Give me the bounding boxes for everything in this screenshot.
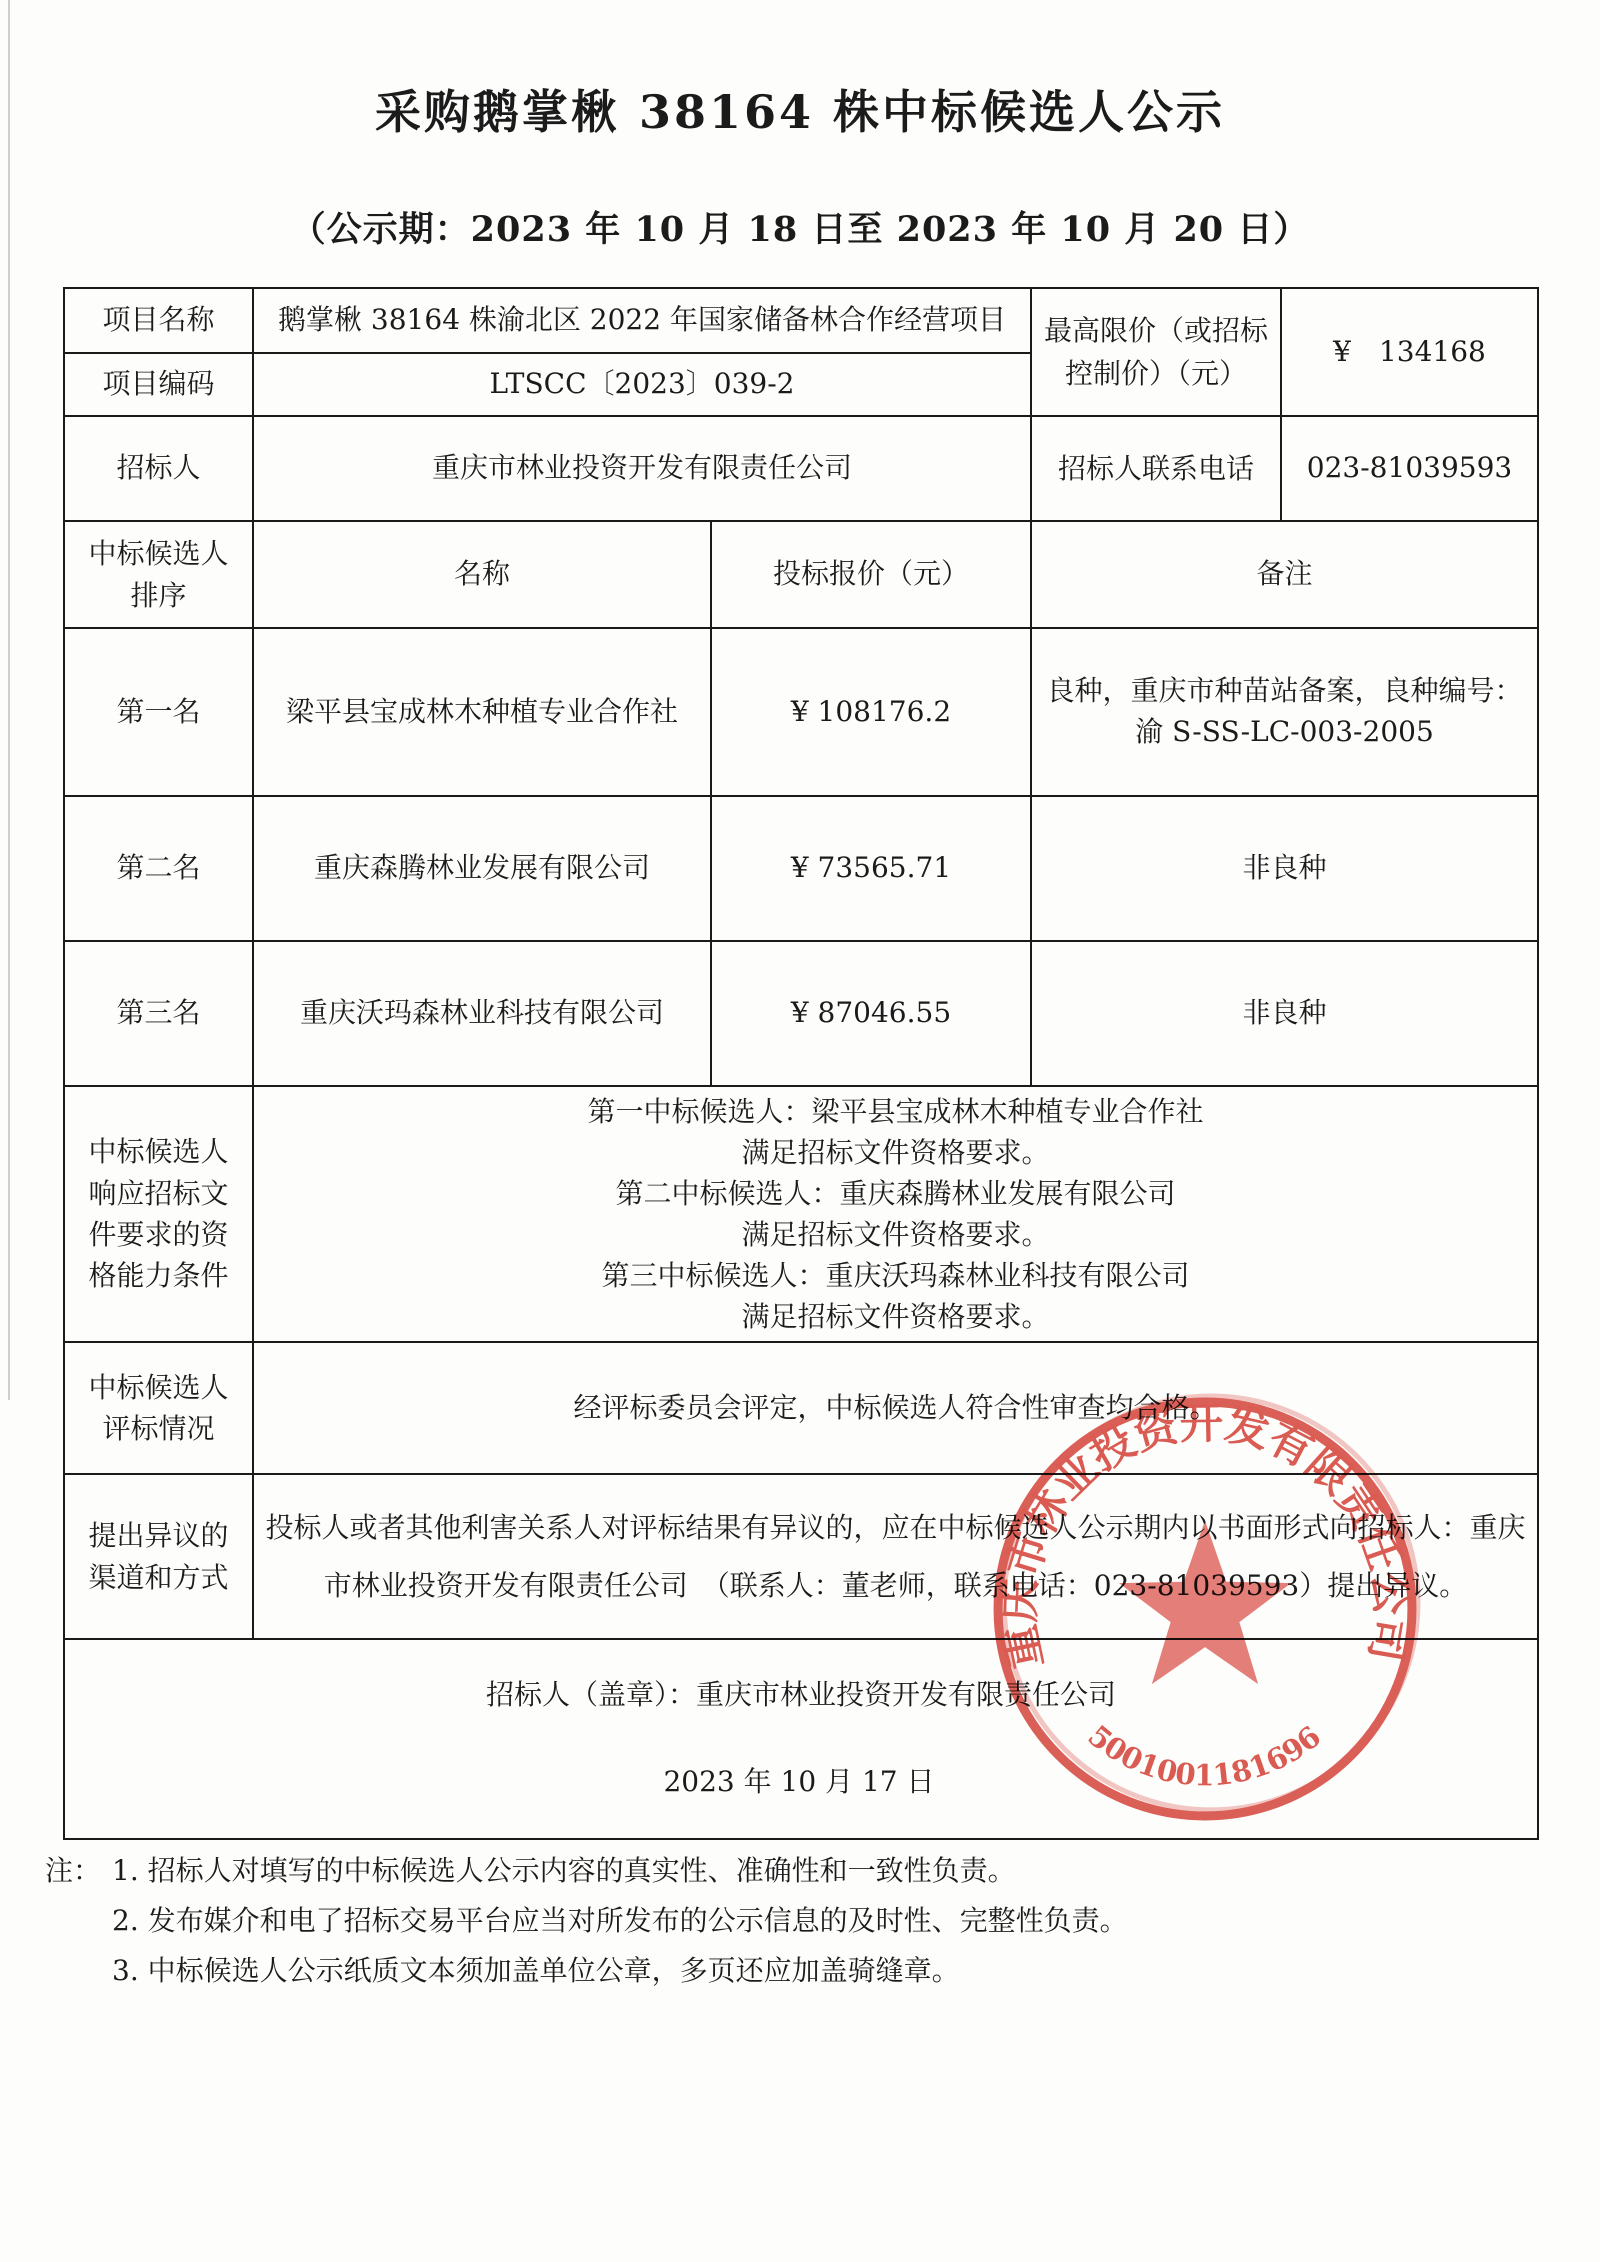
candidate-rank: 第二名 xyxy=(64,796,253,941)
project-code-value: LTSCC〔2023〕039-2 xyxy=(253,353,1031,416)
announcement-page: 采购鹅掌楸 38164 株中标候选人公示 （公示期：2023 年 10 月 18… xyxy=(0,0,1600,2262)
svg-text:5001001181696: 5001001181696 xyxy=(1082,1718,1328,1792)
qualification-content: 第一中标候选人：梁平县宝成林木种植专业合作社 满足招标文件资格要求。 第二中标候… xyxy=(253,1086,1538,1342)
candidate-remark: 非良种 xyxy=(1031,941,1538,1086)
candidate-price: ¥ 87046.55 xyxy=(711,941,1031,1086)
table-row: 招标人 重庆市林业投资开发有限责任公司 招标人联系电话 023-81039593 xyxy=(64,416,1538,521)
max-price-label: 最高限价（或招标控制价）（元） xyxy=(1031,288,1281,416)
page-title: 采购鹅掌楸 38164 株中标候选人公示 xyxy=(0,76,1600,142)
rank-header: 中标候选人排序 xyxy=(64,521,253,628)
candidate-remark: 良种，重庆市种苗站备案，良种编号：渝 S-SS-LC-003-2005 xyxy=(1031,628,1538,796)
tenderer-label: 招标人 xyxy=(64,416,253,521)
project-name-value: 鹅掌楸 38164 株渝北区 2022 年国家储备林合作经营项目 xyxy=(253,288,1031,353)
candidate-rank: 第一名 xyxy=(64,628,253,796)
project-code-label: 项目编码 xyxy=(64,353,253,416)
tenderer-value: 重庆市林业投资开发有限责任公司 xyxy=(253,416,1031,521)
candidate-remark: 非良种 xyxy=(1031,796,1538,941)
project-name-label: 项目名称 xyxy=(64,288,253,353)
candidates-header-row: 中标候选人排序 名称 投标报价（元） 备注 xyxy=(64,521,1538,628)
candidate-name: 梁平县宝成林木种植专业合作社 xyxy=(253,628,711,796)
qualification-row: 中标候选人响应招标文件要求的资格能力条件 第一中标候选人：梁平县宝成林木种植专业… xyxy=(64,1086,1538,1342)
stamp-registration-number: 5001001181696 xyxy=(1082,1718,1328,1792)
remark-header: 备注 xyxy=(1031,521,1538,628)
qualification-line: 第一中标候选人：梁平县宝成林木种植专业合作社 xyxy=(264,1091,1527,1132)
footer-notes: 注： 1. 招标人对填写的中标候选人公示内容的真实性、准确性和一致性负责。 2.… xyxy=(45,1846,1345,1996)
note-prefix: 注： xyxy=(45,1846,112,1896)
candidate-row-1: 第一名 梁平县宝成林木种植专业合作社 ¥ 108176.2 良种，重庆市种苗站备… xyxy=(64,628,1538,796)
qualification-line: 第二中标候选人：重庆森腾林业发展有限公司 xyxy=(264,1173,1527,1214)
candidate-price: ¥ 73565.71 xyxy=(711,796,1031,941)
note-line: 2. 发布媒介和电了招标交易平台应当对所发布的公示信息的及时性、完整性负责。 xyxy=(45,1896,1345,1946)
company-stamp: 重庆市林业投资开发有限责任公司 5001001181696 xyxy=(984,1388,1426,1830)
tenderer-phone-value: 023-81039593 xyxy=(1281,416,1538,521)
name-header: 名称 xyxy=(253,521,711,628)
qualification-line: 第三中标候选人：重庆沃玛森林业科技有限公司 xyxy=(264,1255,1527,1296)
table-row: 项目名称 鹅掌楸 38164 株渝北区 2022 年国家储备林合作经营项目 最高… xyxy=(64,288,1538,353)
qualification-line: 满足招标文件资格要求。 xyxy=(264,1214,1527,1255)
candidate-name: 重庆沃玛森林业科技有限公司 xyxy=(253,941,711,1086)
candidate-row-3: 第三名 重庆沃玛森林业科技有限公司 ¥ 87046.55 非良种 xyxy=(64,941,1538,1086)
candidate-name: 重庆森腾林业发展有限公司 xyxy=(253,796,711,941)
tenderer-phone-label: 招标人联系电话 xyxy=(1031,416,1281,521)
candidate-rank: 第三名 xyxy=(64,941,253,1086)
candidate-price: ¥ 108176.2 xyxy=(711,628,1031,796)
max-price-value: ¥ 134168 xyxy=(1281,288,1538,416)
evaluation-label: 中标候选人评标情况 xyxy=(64,1342,253,1474)
qualification-label: 中标候选人响应招标文件要求的资格能力条件 xyxy=(64,1086,253,1342)
stamp-star-icon xyxy=(1119,1521,1291,1685)
publicity-period: （公示期：2023 年 10 月 18 日至 2023 年 10 月 20 日） xyxy=(0,202,1600,252)
note-line: 注： 1. 招标人对填写的中标候选人公示内容的真实性、准确性和一致性负责。 xyxy=(45,1846,1345,1896)
qualification-line: 满足招标文件资格要求。 xyxy=(264,1132,1527,1173)
note-item: 1. 招标人对填写的中标候选人公示内容的真实性、准确性和一致性负责。 xyxy=(112,1846,1016,1896)
objection-label: 提出异议的渠道和方式 xyxy=(64,1474,253,1639)
candidate-row-2: 第二名 重庆森腾林业发展有限公司 ¥ 73565.71 非良种 xyxy=(64,796,1538,941)
note-line: 3. 中标候选人公示纸质文本须加盖单位公章，多页还应加盖骑缝章。 xyxy=(45,1946,1345,1996)
price-header: 投标报价（元） xyxy=(711,521,1031,628)
qualification-line: 满足招标文件资格要求。 xyxy=(264,1296,1527,1337)
